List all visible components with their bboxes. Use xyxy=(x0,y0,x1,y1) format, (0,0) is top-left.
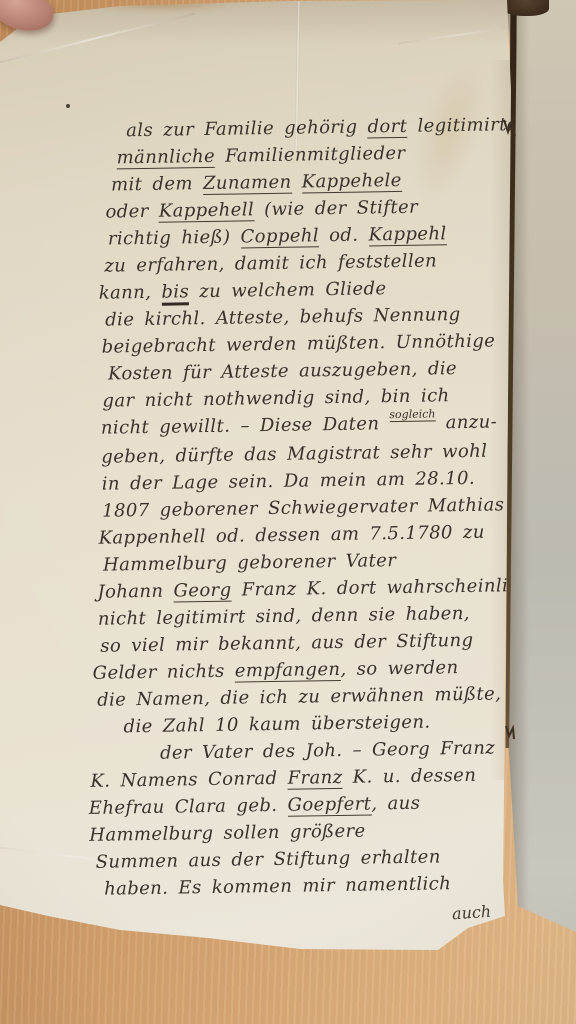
catchword: auch xyxy=(451,902,491,924)
thread-stitch xyxy=(502,118,518,142)
photo-canvas: als zur Familie gehörig dort legitimirte… xyxy=(0,0,576,1024)
thread-stitch xyxy=(504,724,516,742)
ink-speck xyxy=(66,104,70,108)
manuscript-page: als zur Familie gehörig dort legitimirte… xyxy=(0,0,576,1024)
binding-remnant xyxy=(503,0,549,16)
manuscript-text: als zur Familie gehörig dort legitimirte… xyxy=(78,111,530,903)
manuscript-line: haben. Es kommen mir namentlich xyxy=(104,869,530,903)
